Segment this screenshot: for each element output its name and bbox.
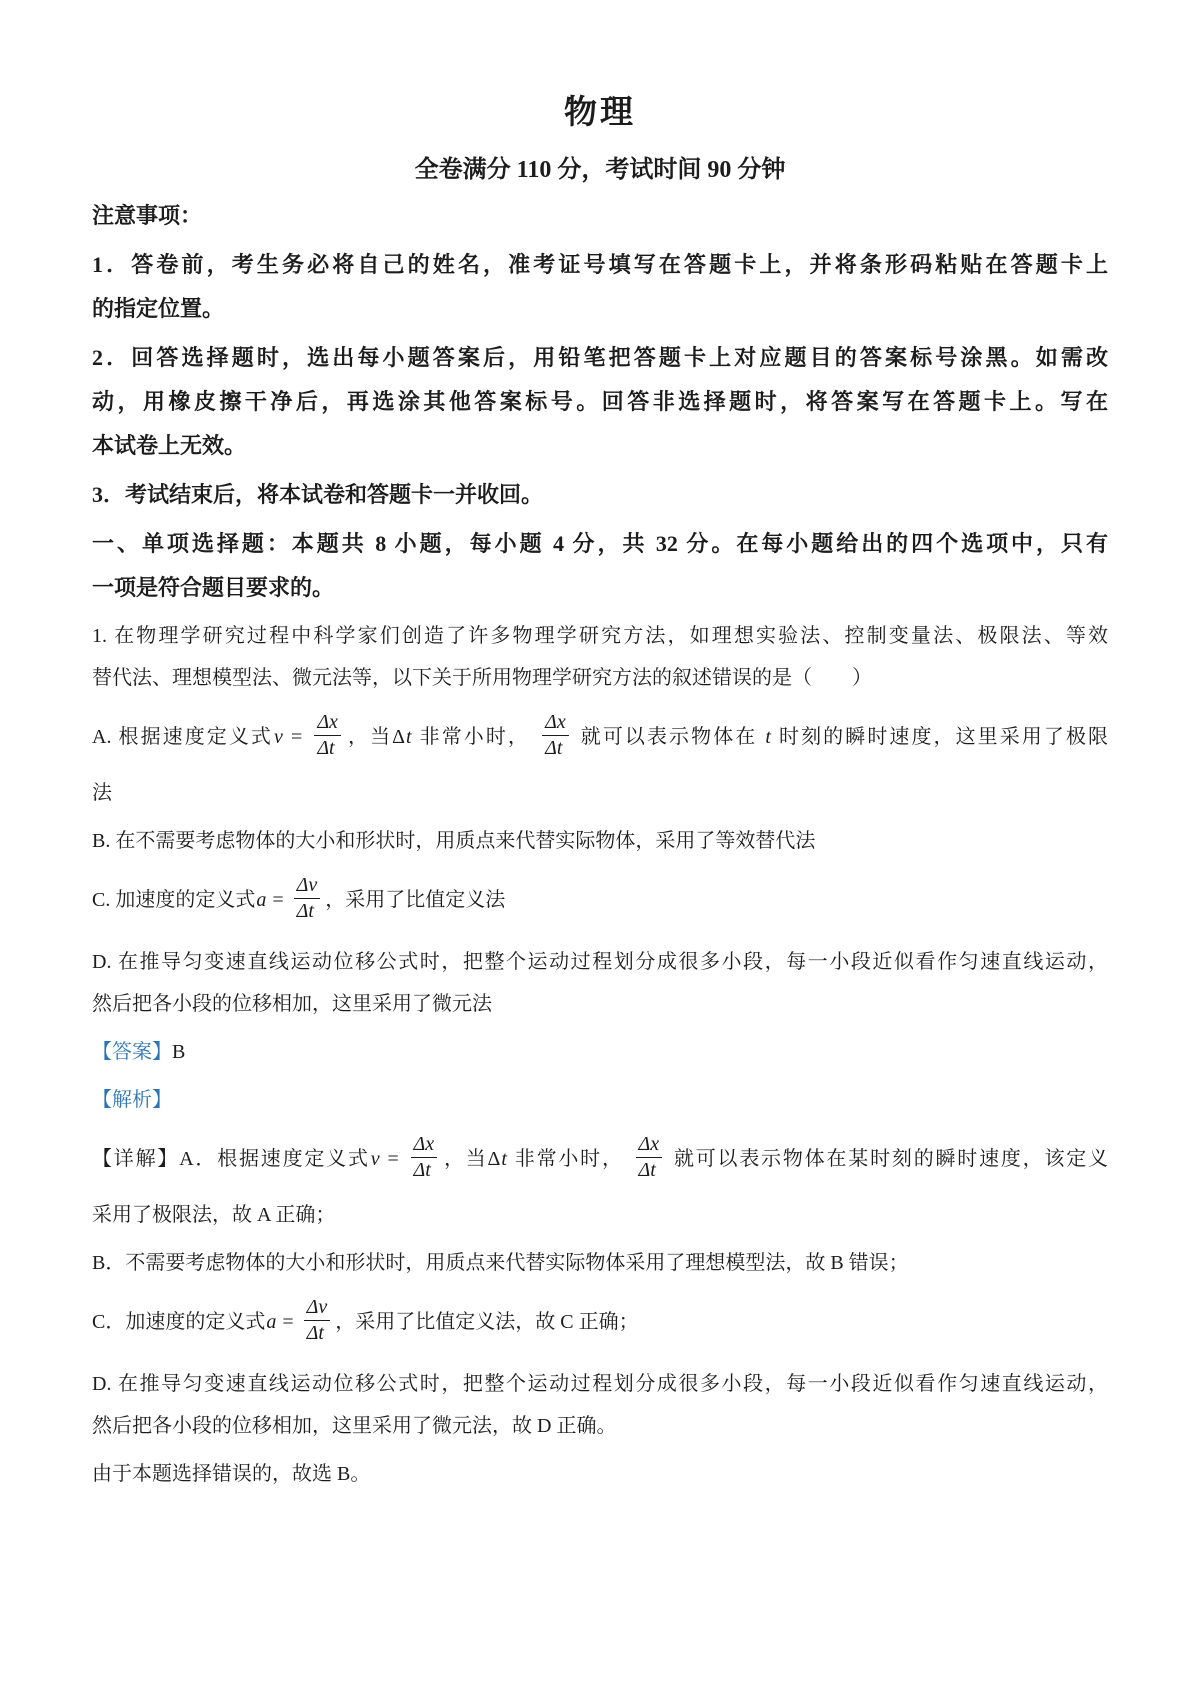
question-body: 1. 在物理学研究过程中科学家们创造了许多物理学研究方法，如理想实验法、控制变量…: [92, 615, 1108, 1495]
detail-a-line-2: 采用了极限法，故 A 正确；: [92, 1194, 1108, 1236]
option-d-line-1: D. 在推导匀变速直线运动位移公式时，把整个运动过程划分成很多小段，每一小段近似…: [92, 941, 1108, 983]
text-run: 非常小时，: [508, 1148, 631, 1170]
fraction-numerator: Δx: [542, 711, 569, 735]
text-run: ，采用了比值定义法: [325, 889, 505, 911]
section-heading-line-1: 一、单项选择题：本题共 8 小题，每小题 4 分，共 32 分。在每小题给出的四…: [92, 522, 1108, 566]
fraction-denominator: Δt: [304, 1320, 331, 1345]
text-run: A. 根据速度定义式: [92, 726, 273, 748]
fraction-dx-dt: ΔxΔt: [314, 711, 341, 760]
detail-paragraph-d: D. 在推导匀变速直线运动位移公式时，把整个运动过程划分成很多小段，每一小段近似…: [92, 1363, 1108, 1447]
fraction-dx-dt: ΔxΔt: [636, 1133, 663, 1182]
option-a-line-2: 法: [92, 772, 1108, 814]
question-1-stem-line-1: 1. 在物理学研究过程中科学家们创造了许多物理学研究方法，如理想实验法、控制变量…: [92, 615, 1108, 657]
exam-page: 物理 全卷满分 110 分，考试时间 90 分钟 注意事项： 1．答卷前，考生务…: [0, 0, 1200, 1698]
notice-heading: 注意事项：: [92, 194, 1108, 238]
fraction-numerator: Δx: [636, 1133, 663, 1157]
answer-row: 【答案】B: [92, 1031, 1108, 1073]
variable-v: v: [273, 726, 284, 748]
text-run: 就可以表示物体在: [574, 726, 765, 748]
fraction-denominator: Δt: [411, 1157, 438, 1182]
notice-item-3: 3．考试结束后，将本试卷和答题卡一并收回。: [92, 473, 1108, 517]
front-matter: 注意事项： 1．答卷前，考生务必将自己的姓名，准考证号填写在答题卡上，并将条形码…: [92, 194, 1108, 610]
notice-item-1: 1．答卷前，考生务必将自己的姓名，准考证号填写在答题卡上，并将条形码粘贴在答题卡…: [92, 243, 1108, 331]
question-1-option-b: B. 在不需要考虑物体的大小和形状时，用质点来代替实际物体，采用了等效替代法: [92, 820, 1108, 862]
text-run: ，当Δ: [442, 1148, 500, 1170]
variable-t: t: [764, 726, 772, 748]
equals-sign: =: [381, 1148, 406, 1170]
variable-t: t: [500, 1148, 508, 1170]
text-run: ，当Δ: [346, 726, 405, 748]
fraction-dv-dt: ΔvΔt: [304, 1296, 331, 1345]
variable-t: t: [405, 726, 413, 748]
text-run: A．根据速度定义式: [179, 1148, 370, 1170]
notice-item-1-line-2: 的指定位置。: [92, 287, 1108, 331]
detail-paragraph-c: C．加速度的定义式a = ΔvΔt，采用了比值定义法，故 C 正确；: [92, 1290, 1108, 1357]
text-run: 就可以表示物体在某时刻的瞬时速度，该定义: [667, 1148, 1108, 1170]
variable-a: a: [255, 889, 267, 911]
fraction-dx-dt: ΔxΔt: [542, 711, 569, 760]
fraction-denominator: Δt: [314, 735, 341, 760]
analysis-label: 【解析】: [92, 1089, 172, 1111]
analysis-row: 【解析】: [92, 1079, 1108, 1121]
detail-label: 【详解】: [92, 1148, 179, 1170]
question-1-option-a: A. 根据速度定义式v = ΔxΔt，当Δt 非常小时， ΔxΔt 就可以表示物…: [92, 705, 1108, 814]
notice-item-2-line-2: 动，用橡皮擦干净后，再选涂其他答案标号。回答非选择题时，将答案写在答题卡上。写在: [92, 380, 1108, 424]
fraction-numerator: Δx: [314, 711, 341, 735]
text-run: ，采用了比值定义法，故 C 正确；: [335, 1311, 638, 1333]
variable-a: a: [265, 1311, 277, 1333]
equals-sign: =: [277, 1311, 298, 1333]
notice-item-2-line-1: 2．回答选择题时，选出每小题答案后，用铅笔把答题卡上对应题目的答案标号涂黑。如需…: [92, 336, 1108, 380]
fraction-numerator: Δv: [304, 1296, 331, 1320]
question-1-option-d: D. 在推导匀变速直线运动位移公式时，把整个运动过程划分成很多小段，每一小段近似…: [92, 941, 1108, 1025]
text-run: C. 加速度的定义式: [92, 889, 255, 911]
detail-paragraph-a: 【详解】A．根据速度定义式v = ΔxΔt，当Δt 非常小时， ΔxΔt 就可以…: [92, 1127, 1108, 1236]
question-1-option-c: C. 加速度的定义式a = ΔvΔt，采用了比值定义法: [92, 868, 1108, 935]
fraction-numerator: Δx: [411, 1133, 438, 1157]
notice-item-2: 2．回答选择题时，选出每小题答案后，用铅笔把答题卡上对应题目的答案标号涂黑。如需…: [92, 336, 1108, 468]
text-run: 时刻的瞬时速度，这里采用了极限: [772, 726, 1108, 748]
page-title: 物理: [92, 86, 1108, 133]
section-heading: 一、单项选择题：本题共 8 小题，每小题 4 分，共 32 分。在每小题给出的四…: [92, 522, 1108, 610]
question-1-stem-line-2: 替代法、理想模型法、微元法等，以下关于所用物理学研究方法的叙述错误的是（ ）: [92, 657, 1108, 699]
detail-a-line-1: 【详解】A．根据速度定义式v = ΔxΔt，当Δt 非常小时， ΔxΔt 就可以…: [92, 1127, 1108, 1194]
equals-sign: =: [284, 726, 309, 748]
fraction-dv-dt: ΔvΔt: [294, 874, 321, 923]
detail-paragraph-b: B．不需要考虑物体的大小和形状时，用质点来代替实际物体采用了理想模型法，故 B …: [92, 1242, 1108, 1284]
text-run: C．加速度的定义式: [92, 1311, 265, 1333]
fraction-numerator: Δv: [294, 874, 321, 898]
option-a-line-1: A. 根据速度定义式v = ΔxΔt，当Δt 非常小时， ΔxΔt 就可以表示物…: [92, 705, 1108, 772]
detail-d-line-2: 然后把各小段的位移相加，这里采用了微元法，故 D 正确。: [92, 1405, 1108, 1447]
section-heading-line-2: 一项是符合题目要求的。: [92, 566, 1108, 610]
fraction-denominator: Δt: [294, 898, 321, 923]
fraction-dx-dt: ΔxΔt: [411, 1133, 438, 1182]
detail-d-line-1: D. 在推导匀变速直线运动位移公式时，把整个运动过程划分成很多小段，每一小段近似…: [92, 1363, 1108, 1405]
fraction-denominator: Δt: [636, 1157, 663, 1182]
equals-sign: =: [267, 889, 288, 911]
answer-label: 【答案】: [92, 1041, 172, 1063]
page-subtitle: 全卷满分 110 分，考试时间 90 分钟: [92, 149, 1108, 184]
detail-conclusion: 由于本题选择错误的，故选 B。: [92, 1453, 1108, 1495]
option-d-line-2: 然后把各小段的位移相加，这里采用了微元法: [92, 983, 1108, 1025]
text-run: 非常小时，: [413, 726, 538, 748]
fraction-denominator: Δt: [542, 735, 569, 760]
question-1-stem: 1. 在物理学研究过程中科学家们创造了许多物理学研究方法，如理想实验法、控制变量…: [92, 615, 1108, 699]
notice-item-1-line-1: 1．答卷前，考生务必将自己的姓名，准考证号填写在答题卡上，并将条形码粘贴在答题卡…: [92, 243, 1108, 287]
variable-v: v: [370, 1148, 381, 1170]
notice-item-2-line-3: 本试卷上无效。: [92, 424, 1108, 468]
answer-value: B: [172, 1041, 185, 1063]
